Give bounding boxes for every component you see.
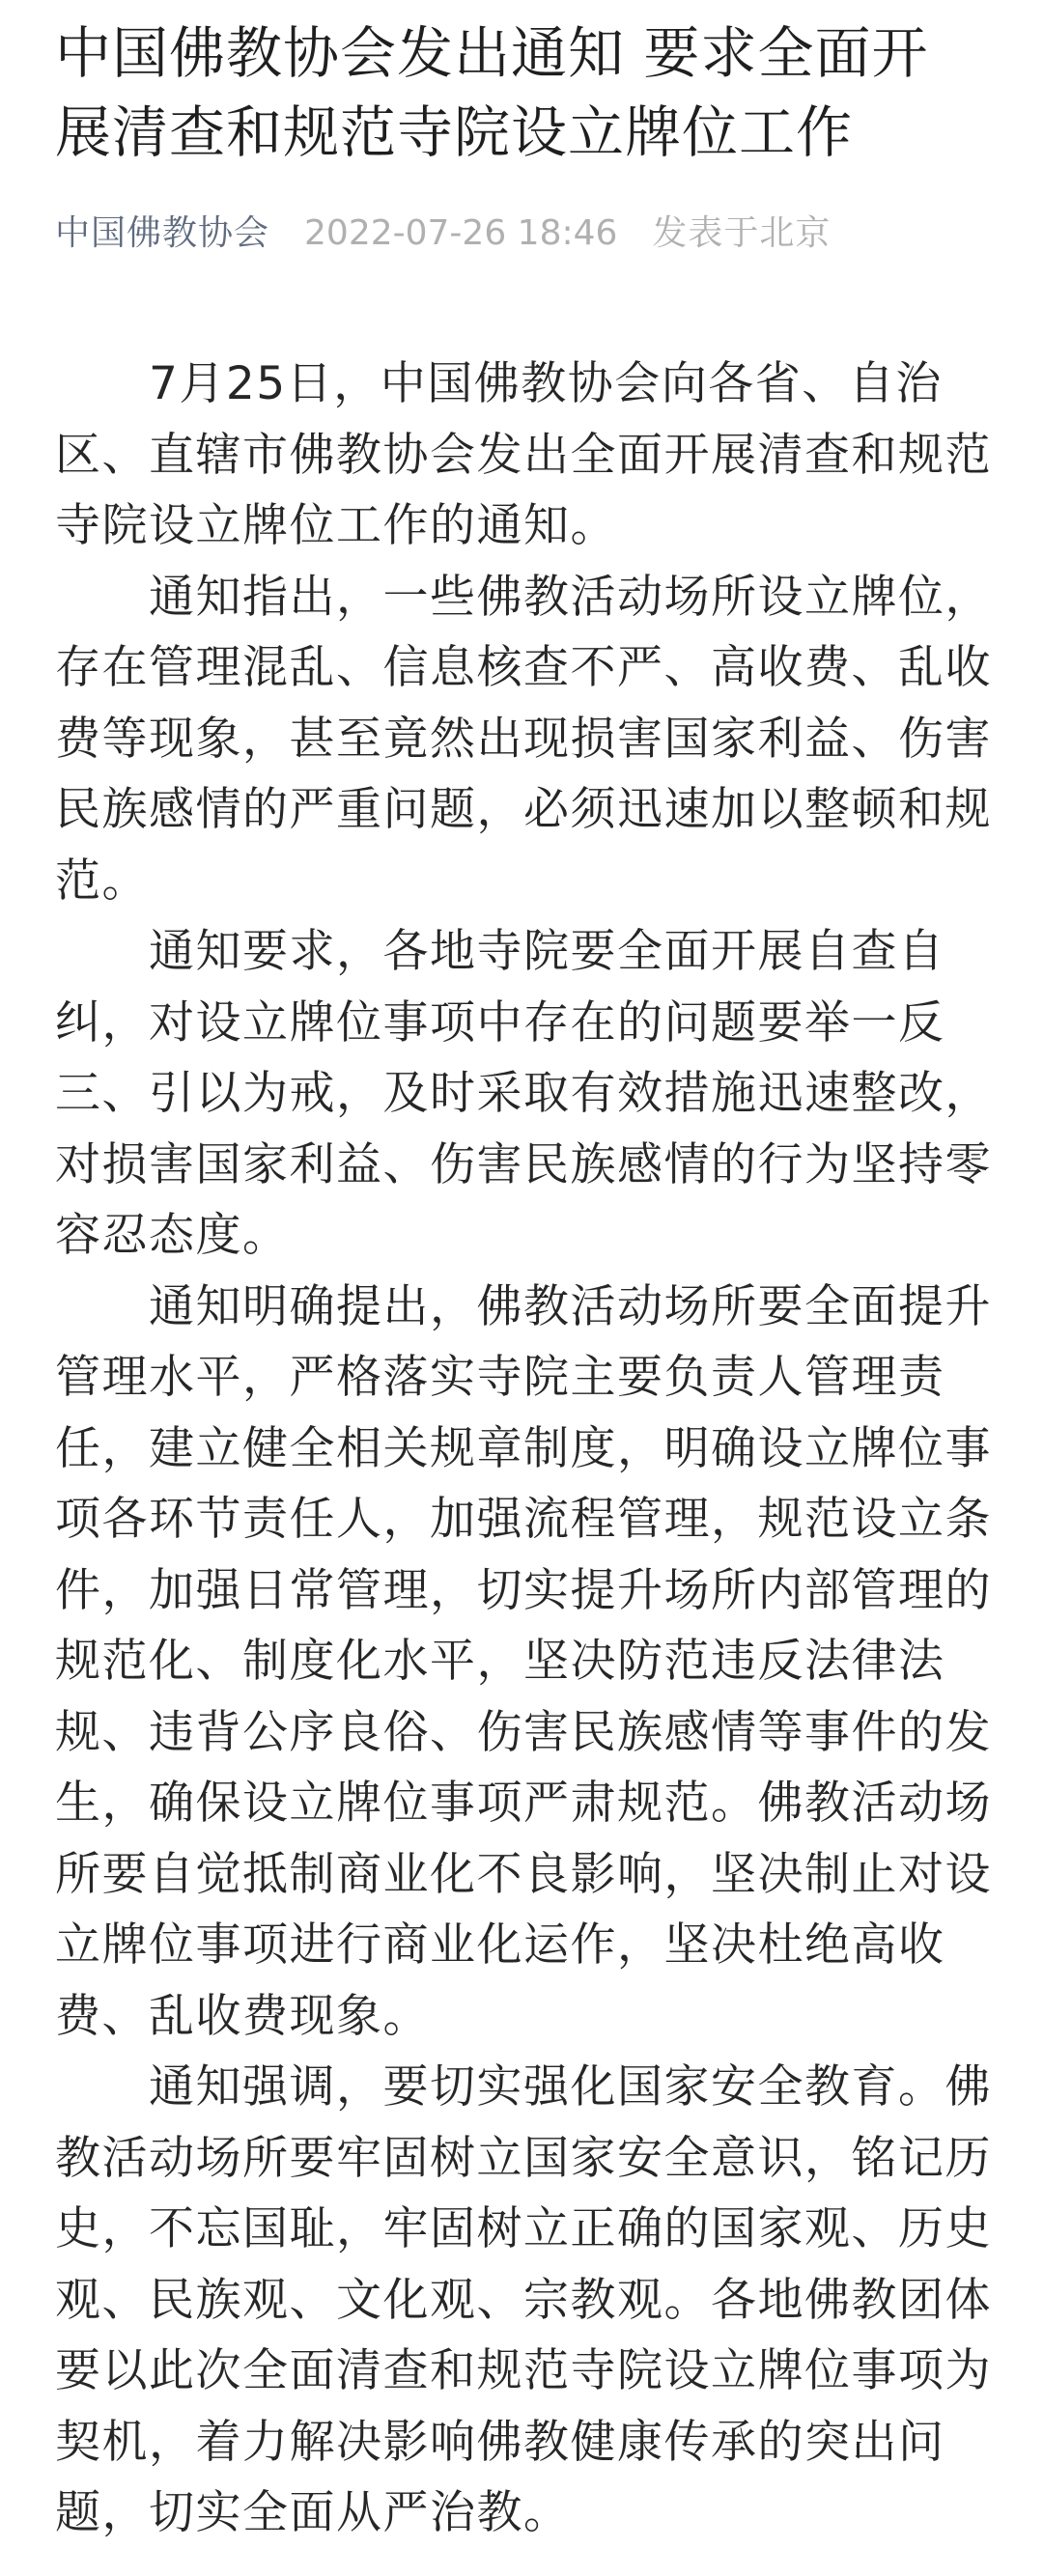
paragraph: 7月25日，中国佛教协会向各省、自治 区、直辖市佛教协会发出全面开展清查和规范 … bbox=[55, 349, 1001, 562]
text-line: 要以此次全面清查和规范寺院设立牌位事项为 bbox=[55, 2336, 1001, 2407]
text-line: 费等现象，甚至竟然出现损害国家利益、伤害 bbox=[55, 704, 1001, 775]
text-line: 史，不忘国耻，牢固树立正确的国家观、历史 bbox=[55, 2194, 1001, 2265]
publish-location: 发表于北京 bbox=[652, 210, 831, 257]
text-line: 生，确保设立牌位事项严肃规范。佛教活动场 bbox=[55, 1768, 1001, 1839]
text-line: 范。 bbox=[55, 846, 1001, 917]
article-body: 7月25日，中国佛教协会向各省、自治 区、直辖市佛教协会发出全面开展清查和规范 … bbox=[55, 349, 1001, 2549]
paragraph: 通知指出，一些佛教活动场所设立牌位， 存在管理混乱、信息核查不严、高收费、乱收 … bbox=[55, 562, 1001, 917]
article-title-line: 中国佛教协会发出通知 要求全面开 bbox=[55, 14, 1011, 93]
text-line: 纠，对设立牌位事项中存在的问题要举一反 bbox=[55, 988, 1001, 1059]
paragraph: 通知要求，各地寺院要全面开展自查自 纠，对设立牌位事项中存在的问题要举一反 三、… bbox=[55, 916, 1001, 1272]
text-line: 7月25日，中国佛教协会向各省、自治 bbox=[55, 349, 1001, 420]
paragraph: 通知明确提出，佛教活动场所要全面提升 管理水平，严格落实寺院主要负责人管理责 任… bbox=[55, 1272, 1001, 2053]
text-line: 规范化、制度化水平，坚决防范违反法律法 bbox=[55, 1626, 1001, 1697]
text-line: 通知明确提出，佛教活动场所要全面提升 bbox=[55, 1272, 1001, 1343]
text-line: 规、违背公序良俗、伤害民族感情等事件的发 bbox=[55, 1697, 1001, 1769]
text-line: 费、乱收费现象。 bbox=[55, 1981, 1001, 2053]
text-line: 管理水平，严格落实寺院主要负责人管理责 bbox=[55, 1342, 1001, 1414]
text-line: 所要自觉抵制商业化不良影响，坚决制止对设 bbox=[55, 1839, 1001, 1911]
paragraph: 通知强调，要切实强化国家安全教育。佛 教活动场所要牢固树立国家安全意识，铭记历 … bbox=[55, 2052, 1001, 2549]
text-line: 任，建立健全相关规章制度，明确设立牌位事 bbox=[55, 1414, 1001, 1485]
text-line: 容忍态度。 bbox=[55, 1200, 1001, 1272]
text-line: 通知指出，一些佛教活动场所设立牌位， bbox=[55, 562, 1001, 633]
text-line: 项各环节责任人，加强流程管理，规范设立条 bbox=[55, 1484, 1001, 1555]
publish-time: 2022-07-26 18:46 bbox=[304, 210, 617, 257]
text-line: 观、民族观、文化观、宗教观。各地佛教团体 bbox=[55, 2265, 1001, 2337]
text-line: 对损害国家利益、伤害民族感情的行为坚持零 bbox=[55, 1130, 1001, 1201]
text-line: 通知要求，各地寺院要全面开展自查自 bbox=[55, 916, 1001, 988]
text-line: 民族感情的严重问题，必须迅速加以整顿和规 bbox=[55, 774, 1001, 846]
text-line: 教活动场所要牢固树立国家安全意识，铭记历 bbox=[55, 2123, 1001, 2195]
text-line: 区、直辖市佛教协会发出全面开展清查和规范 bbox=[55, 420, 1001, 491]
text-line: 契机，着力解决影响佛教健康传承的突出问 bbox=[55, 2407, 1001, 2478]
text-line: 立牌位事项进行商业化运作，坚决杜绝高收 bbox=[55, 1910, 1001, 1981]
text-line: 寺院设立牌位工作的通知。 bbox=[55, 490, 1001, 562]
article-title: 中国佛教协会发出通知 要求全面开 展清查和规范寺院设立牌位工作 bbox=[55, 14, 1011, 172]
article-meta: 中国佛教协会 2022-07-26 18:46 发表于北京 bbox=[55, 210, 831, 257]
article-title-line: 展清查和规范寺院设立牌位工作 bbox=[55, 93, 1011, 172]
text-line: 三、引以为戒，及时采取有效措施迅速整改， bbox=[55, 1058, 1001, 1130]
author-link[interactable]: 中国佛教协会 bbox=[55, 210, 269, 257]
text-line: 题，切实全面从严治教。 bbox=[55, 2478, 1001, 2549]
text-line: 件，加强日常管理，切实提升场所内部管理的 bbox=[55, 1555, 1001, 1627]
text-line: 存在管理混乱、信息核查不严、高收费、乱收 bbox=[55, 632, 1001, 704]
text-line: 通知强调，要切实强化国家安全教育。佛 bbox=[55, 2052, 1001, 2123]
